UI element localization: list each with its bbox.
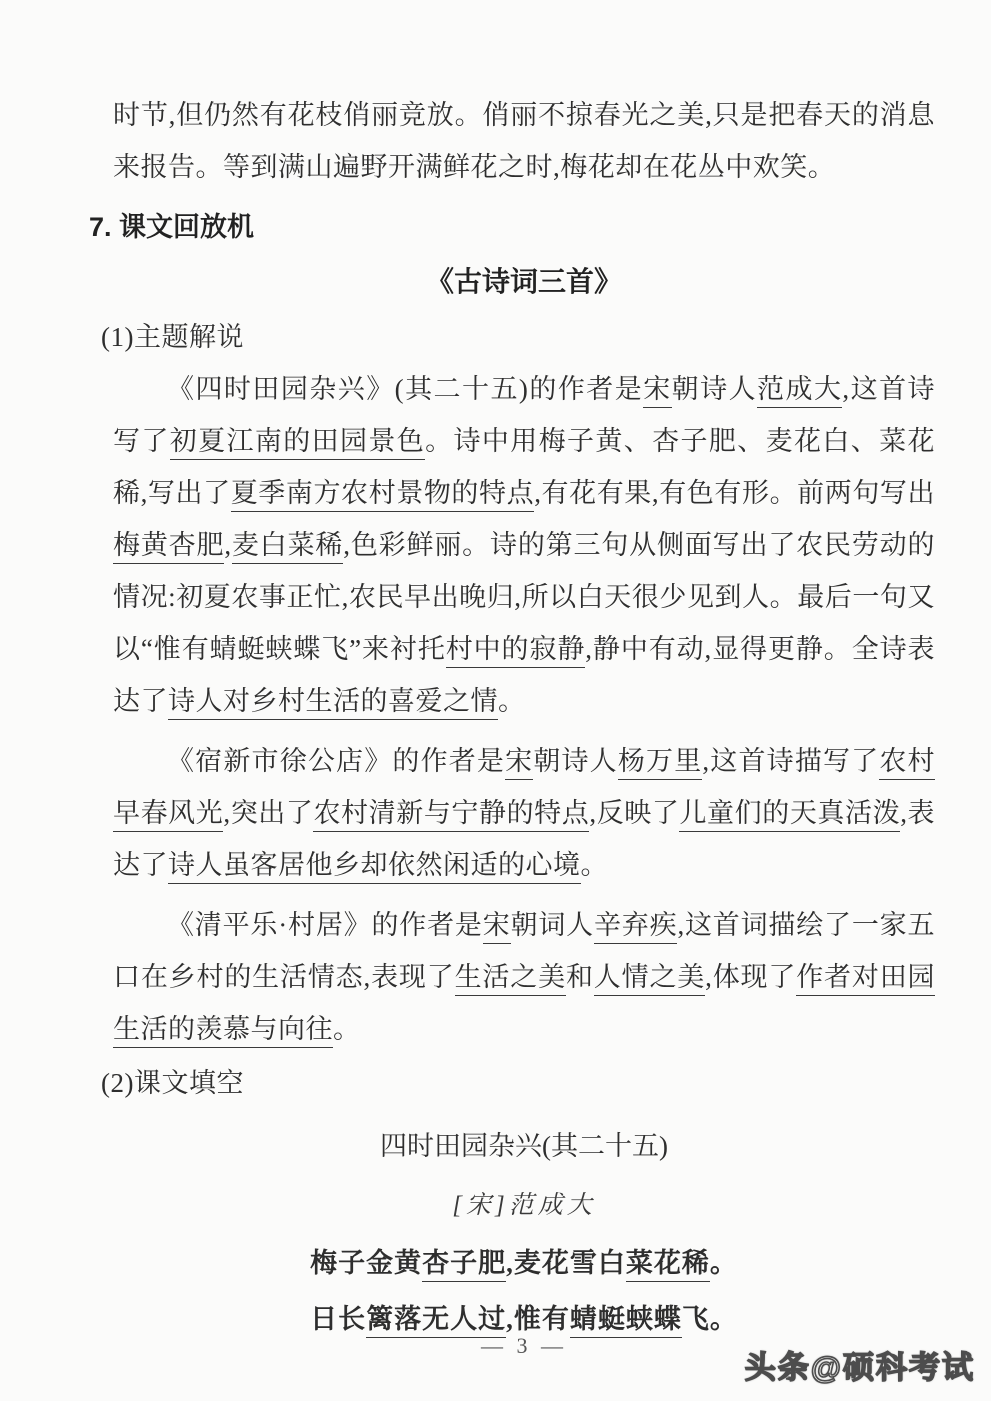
text-run: 。	[710, 1248, 738, 1278]
lesson-title: 《古诗词三首》	[113, 255, 935, 309]
text-run: 。	[498, 686, 526, 716]
theme-paragraph-1: 《四时田园杂兴》(其二十五)的作者是宋朝诗人范成大,这首诗写了初夏江南的田园景色…	[113, 363, 935, 727]
answer-underlined: 初夏江南的田园景色	[170, 426, 425, 460]
text-run: 梅子金黄	[310, 1248, 422, 1278]
text-run: ,麦花雪白	[506, 1248, 626, 1278]
theme-paragraph-3: 《清平乐·村居》的作者是宋朝词人辛弃疾,这首词描绘了一家五口在乡村的生活情态,表…	[113, 899, 935, 1055]
document-page: 时节,但仍然有花枝俏丽竞放。俏丽不掠春光之美,只是把春天的消息来报告。等到满山遍…	[0, 0, 991, 1401]
text-run: ,有花有果,有色有形。前两句写出	[534, 478, 935, 508]
answer-underlined: 村中的寂静	[446, 634, 586, 668]
poem-author: [宋]范成大	[113, 1177, 935, 1235]
text-run: 。	[333, 1014, 361, 1044]
text-run: ,体现了	[705, 962, 796, 992]
answer-underlined: 儿童们的天真活泼	[679, 798, 900, 832]
intro-paragraph: 时节,但仍然有花枝俏丽竞放。俏丽不掠春光之美,只是把春天的消息来报告。等到满山遍…	[113, 89, 935, 193]
text-run: ,惟有	[506, 1304, 570, 1334]
poem-line-1: 梅子金黄杏子肥,麦花雪白菜花稀。	[113, 1235, 935, 1291]
text-run: 时节,但仍然有花枝俏丽竞放。俏丽不掠春光之美,只是把春天的消息来报告。等到满山遍…	[113, 100, 935, 182]
text-run: 。	[581, 850, 609, 880]
poem-title: 四时田园杂兴(其二十五)	[113, 1115, 935, 1177]
answer-underlined: 宋	[643, 374, 671, 408]
answer-underlined: 麦白菜稀	[232, 530, 344, 564]
poem-block: 四时田园杂兴(其二十五) [宋]范成大 梅子金黄杏子肥,麦花雪白菜花稀。 日长篱…	[113, 1115, 935, 1347]
text-run: 和	[566, 962, 594, 992]
answer-underlined: 夏季南方农村景物的特点	[231, 478, 534, 512]
answer-underlined: 农村清新与宁静的特点	[313, 798, 589, 832]
text-run: 《清平乐·村居》的作者是	[167, 910, 483, 940]
answer-underlined: 诗人对乡村生活的喜爱之情	[168, 686, 498, 720]
text-run: 朝诗人	[533, 746, 618, 776]
text-run: ,反映了	[589, 798, 679, 828]
text-run: ,	[224, 530, 231, 560]
text-run: 《宿新市徐公店》的作者是	[167, 746, 505, 776]
answer-underlined: 菜花稀	[626, 1248, 710, 1282]
text-run: ,这首诗描写了	[702, 746, 879, 776]
theme-paragraph-2: 《宿新市徐公店》的作者是宋朝诗人杨万里,这首诗描写了农村早春风光,突出了农村清新…	[113, 735, 935, 891]
answer-underlined: 宋	[483, 910, 511, 944]
section-heading: 7. 课文回放机	[89, 199, 935, 255]
answer-underlined: 生活之美	[455, 962, 566, 996]
answer-underlined: 杨万里	[618, 746, 703, 780]
answer-underlined: 梅黄杏肥	[113, 530, 224, 564]
answer-underlined: 范成大	[757, 374, 842, 408]
subsection-1-label: (1)主题解说	[101, 311, 935, 363]
answer-underlined: 宋	[505, 746, 533, 780]
answer-underlined: 诗人虽客居他乡却依然闲适的心境	[168, 850, 581, 884]
text-run: ,突出了	[223, 798, 313, 828]
answer-underlined: 杏子肥	[422, 1248, 506, 1282]
text-run: 朝诗人	[672, 374, 757, 404]
subsection-2-label: (2)课文填空	[101, 1057, 935, 1109]
page-content: 时节,但仍然有花枝俏丽竞放。俏丽不掠春光之美,只是把春天的消息来报告。等到满山遍…	[113, 89, 935, 1347]
text-run: 飞。	[682, 1304, 738, 1334]
text-run: 朝词人	[511, 910, 594, 940]
answer-underlined: 辛弃疾	[594, 910, 677, 944]
text-run: 《四时田园杂兴》(其二十五)的作者是	[167, 374, 643, 404]
answer-underlined: 人情之美	[594, 962, 705, 996]
watermark: 头条@硕科考试	[745, 1342, 975, 1387]
text-run: 日长	[310, 1304, 366, 1334]
